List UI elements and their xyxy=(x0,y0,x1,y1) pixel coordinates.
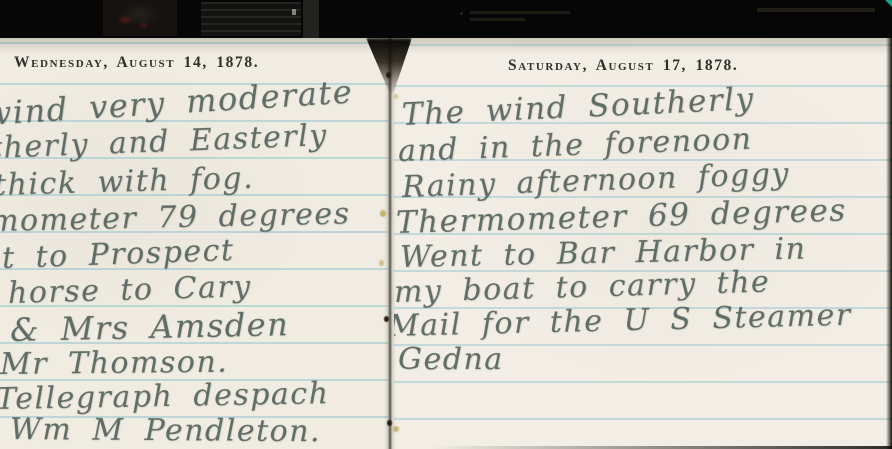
binding-stitch-dot xyxy=(386,72,391,78)
page-date-header-left: Wednesday, August 14, 1878. xyxy=(14,54,259,72)
handwriting-line: horse to Cary xyxy=(8,272,252,309)
page-date-header-right: Saturday, August 17, 1878. xyxy=(508,57,738,75)
handwritten-page-thumbnail-icon[interactable] xyxy=(201,2,301,36)
handwriting-line: Mr Thomson. xyxy=(0,348,228,380)
handwriting-line: mometer 79 degrees xyxy=(0,199,351,237)
handwriting-line: t to Prospect xyxy=(1,236,234,274)
diary-scan: Wednesday, August 14, 1878. wind very mo… xyxy=(0,38,892,449)
bullet-icon xyxy=(460,12,463,15)
page-edge-thumbnail-icon[interactable] xyxy=(303,0,319,38)
paper-speck xyxy=(393,426,399,432)
handwriting-line: Tellegraph despach xyxy=(0,379,330,415)
screenshot-root: Wednesday, August 14, 1878. wind very mo… xyxy=(0,0,892,449)
paper-speck xyxy=(379,260,384,266)
dim-text-lines xyxy=(470,11,570,25)
filmstrip-bar xyxy=(0,0,892,38)
teal-corner-icon xyxy=(885,0,892,7)
handwriting-line: Mail for the U S Steamer xyxy=(394,301,852,342)
book-binding-gutter xyxy=(384,38,396,449)
diary-page-left: Wednesday, August 14, 1878. wind very mo… xyxy=(0,38,388,449)
binding-stitch-dot xyxy=(384,316,389,322)
paper-speck xyxy=(380,210,386,217)
paper-speck xyxy=(394,94,398,99)
diary-page-right: Saturday, August 17, 1878. The wind Sout… xyxy=(394,38,892,449)
handwriting-line: Wm M Pendleton. xyxy=(10,415,321,447)
handwriting-line: & Mrs Amsden xyxy=(10,308,290,346)
handwriting-line: Gedna xyxy=(398,345,504,375)
diary-cover-thumbnail-icon[interactable] xyxy=(103,0,177,36)
photo-edge-right xyxy=(886,38,892,449)
handwriting-line: thick with fog. xyxy=(0,164,254,201)
binding-stitch-dot xyxy=(387,420,392,426)
dim-title-text xyxy=(757,8,875,12)
